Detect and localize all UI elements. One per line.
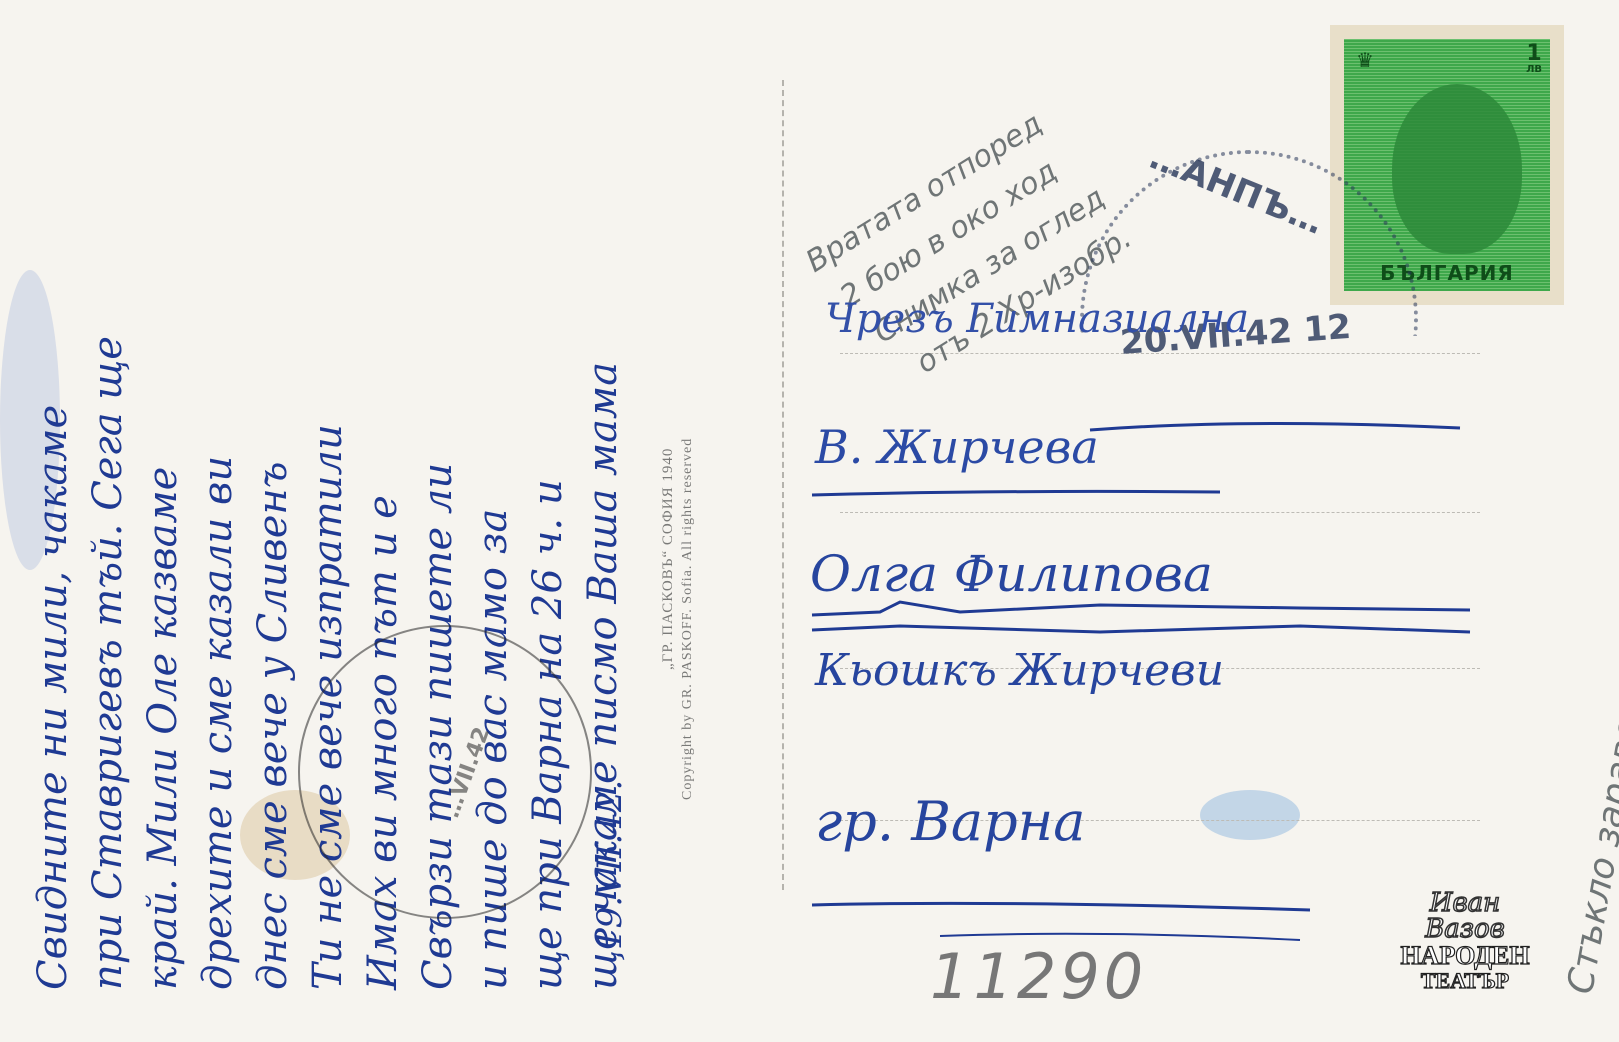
archive-number: 11290 [930, 940, 1147, 1013]
logo-line-1: НАРОДЕН [1390, 942, 1540, 969]
logo-line-2: ТЕАТЪР [1390, 969, 1540, 992]
theatre-logo: Иван Вазов НАРОДЕН ТЕАТЪР [1390, 890, 1540, 992]
logo-script: Иван Вазов [1390, 890, 1540, 942]
address-underlines [0, 0, 1619, 1042]
postcard-back: „ГР. ПАСКОВЪ“ СОФИЯ 1940 Copyright by GR… [0, 0, 1619, 1042]
